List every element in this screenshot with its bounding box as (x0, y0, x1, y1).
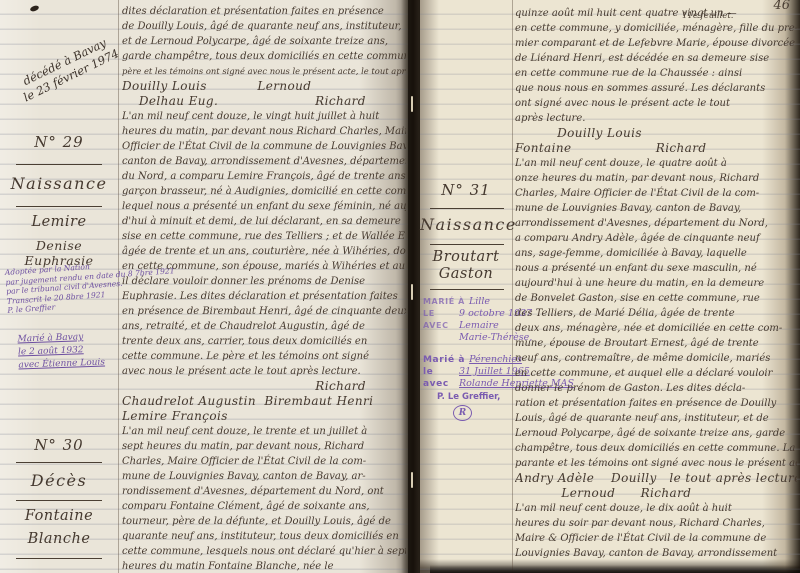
margin-rule (16, 206, 102, 207)
act-name-31-line2: Gaston (420, 266, 512, 282)
margin-rule (430, 208, 504, 209)
manuscript-line: Maire & Officier de l'État Civil de la c… (515, 531, 797, 546)
left-page-manuscript: dites déclaration et présentation faites… (122, 0, 406, 573)
stamp-label: LE (423, 308, 455, 320)
act-name-29-line1: Lemire (0, 214, 118, 230)
margin-rule (16, 462, 102, 463)
manuscript-line: Euphrasie. Les dites déclaration et prés… (122, 289, 406, 304)
register-page-left: décédé à Bavay le 23 février 1974 N° 29 … (0, 0, 408, 573)
manuscript-line: en cette commune rue de la Chaussée : ai… (515, 66, 797, 81)
stamp-value: Lemaire (459, 320, 499, 332)
manuscript-line: dites déclaration et présentation faites… (122, 4, 406, 19)
margin-rule (430, 289, 504, 290)
margin-rule (430, 244, 504, 245)
manuscript-line: deux ans, ménagère, née et domiciliée en… (515, 321, 797, 336)
manuscript-line: mune, épouse de Broutart Ernest, âgé de … (515, 336, 797, 351)
civil-register-scan: décédé à Bavay le 23 février 1974 N° 29 … (0, 0, 800, 573)
act-name-30-line1: Fontaine (0, 508, 118, 524)
manuscript-line: garde champêtre, tous deux domiciliés en… (122, 49, 406, 64)
manuscript-line: il déclare vouloir donner les prénoms de… (122, 274, 406, 289)
binding-stitch (411, 284, 413, 300)
manuscript-line: avec nous le présent acte le tout après … (122, 364, 406, 379)
left-margin-column: décédé à Bavay le 23 février 1974 N° 29 … (0, 0, 118, 573)
register-page-right: 11e feuillet. 46 N° 31 Naissance Broutar… (420, 0, 800, 573)
manuscript-line: quinze août mil huit cent quatre vingt u… (515, 6, 797, 21)
stamp-label: avec (423, 378, 455, 390)
margin-rule (16, 558, 102, 559)
manuscript-line: ans, sage-femme, domiciliée à Bavay, laq… (515, 246, 797, 261)
manuscript-line: père et les témoins ont signé avec nous … (122, 64, 406, 79)
margin-rule (16, 164, 102, 165)
manuscript-line: canton de Bavay, arrondissement d'Avesne… (122, 154, 406, 169)
marriage-annotation-bavay: Marié à Bavayle 2 août 1932avec Étienne … (17, 331, 105, 373)
manuscript-line: ont signé avec nous le présent acte le t… (515, 96, 797, 111)
manuscript-line: après lecture. (515, 111, 797, 126)
manuscript-line: aujourd'hui à une heure du matin, en la … (515, 276, 797, 291)
manuscript-line: neuf ans, contremaître, de même domicile… (515, 351, 797, 366)
act-number-30: N° 30 (0, 436, 118, 454)
manuscript-line: Louis, âgé de quarante neuf ans, institu… (515, 411, 797, 426)
manuscript-line: Delhau Eug. Richard (122, 94, 406, 109)
manuscript-line: arrondissement d'Avesnes, département du… (515, 216, 797, 231)
stamp-label: le (423, 366, 455, 378)
act-number-31: N° 31 (420, 181, 512, 199)
margin-rule-vertical-right (512, 0, 513, 573)
stamp-value: Lille (469, 296, 490, 308)
clerk-monogram: R (453, 405, 472, 421)
manuscript-line: Charles, Maire Officier de l'État Civil … (515, 186, 797, 201)
act-type-30: Décès (0, 471, 118, 490)
manuscript-line: ration et présentation faites en présenc… (515, 396, 797, 411)
stamp-value: Pérenchies (469, 354, 522, 366)
right-margin-column: N° 31 Naissance Broutart Gaston MARIÉ À … (420, 0, 512, 573)
stamp-label: MARIÉ À (423, 296, 465, 308)
manuscript-line: Douilly Louis (515, 126, 797, 141)
manuscript-line: Officier de l'État Civil de la commune d… (122, 139, 406, 154)
stamp-label: AVEC (423, 320, 455, 332)
margin-note-deceased: décédé à Bavay le 23 février 1974 (0, 26, 135, 113)
manuscript-line: heures du matin Fontaine Blanche, née le (122, 559, 406, 573)
manuscript-line: L'an mil neuf cent douze, le trente et u… (122, 424, 406, 439)
manuscript-line: mune de Louvignies Bavay, canton de Bava… (122, 469, 406, 484)
manuscript-line: lequel nous a présenté un enfant du sexe… (122, 199, 406, 214)
manuscript-line: champêtre, tous deux domiciliés en cette… (515, 441, 797, 456)
manuscript-line: comparu Fontaine Clément, âgé de soixant… (122, 499, 406, 514)
manuscript-line: Charles, Maire Officier de l'État Civil … (122, 454, 406, 469)
manuscript-line: des Telliers, de Marié Délia, âgée de tr… (515, 306, 797, 321)
manuscript-line: de Bonvelet Gaston, sise en cette commun… (515, 291, 797, 306)
manuscript-line: nous a présenté un enfant du sexe mascul… (515, 261, 797, 276)
manuscript-line: L'an mil neuf cent douze, le vingt huit … (122, 109, 406, 124)
act-type-31: Naissance (420, 215, 512, 234)
binding-stitch (411, 472, 413, 488)
manuscript-line: L'an mil neuf cent douze, le quatre août… (515, 156, 797, 171)
manuscript-line: parante et les témoins ont signé avec no… (515, 456, 797, 471)
manuscript-line: que nous nous en sommes assuré. Les décl… (515, 81, 797, 96)
manuscript-line: garçon brasseur, né à Audignies, domicil… (122, 184, 406, 199)
manuscript-line: tourneur, père de la défunte, et Douilly… (122, 514, 406, 529)
manuscript-line: mune de Louvignies Bavay, canton de Bava… (515, 201, 797, 216)
manuscript-line: a comparu Andry Adèle, âgée de cinquante… (515, 231, 797, 246)
stamp-label: Marié à (423, 354, 465, 366)
manuscript-line: de Douilly Louis, âgé de quarante neuf a… (122, 19, 406, 34)
manuscript-line: Lemire François (122, 409, 406, 424)
manuscript-line: Douilly Louis Lernoud (122, 79, 406, 94)
manuscript-line: en cette commune, y domiciliée, ménagère… (515, 21, 797, 36)
page-edge-shadow (430, 565, 800, 573)
manuscript-line: Andry Adèle Douilly le tout après lectur… (515, 471, 797, 486)
manuscript-line: onze heures du matin, par devant nous, R… (515, 171, 797, 186)
manuscript-line: Richard (122, 379, 406, 394)
manuscript-line: cette commune. Le père et les témoins on… (122, 349, 406, 364)
manuscript-line: cette commune, lesquels nous ont déclaré… (122, 544, 406, 559)
act-name-31-line1: Broutart (420, 249, 512, 265)
manuscript-line: sept heures du matin, par devant nous, R… (122, 439, 406, 454)
manuscript-line: L'an mil neuf cent douze, le dix août à … (515, 501, 797, 516)
manuscript-line: rondissement d'Avesnes, département du N… (122, 484, 406, 499)
manuscript-line: quarante neuf ans, instituteur, tous deu… (122, 529, 406, 544)
act-number-29: N° 29 (0, 133, 118, 151)
manuscript-line: Chaudrelot Augustin Birembaut Henri (122, 394, 406, 409)
manuscript-line: Fontaine Richard (515, 141, 797, 156)
manuscript-line: âgée de trente et un ans, couturière, né… (122, 244, 406, 259)
act-name-30-line2: Blanche (0, 531, 118, 547)
manuscript-line: ans, retraité, et de Chaudrelot Augustin… (122, 319, 406, 334)
manuscript-line: Lernoud Polycarpe, âgé de soixante treiz… (515, 426, 797, 441)
manuscript-line: sise en cette commune, rue des Telliers … (122, 229, 406, 244)
manuscript-line: Louvignies Bavay, canton de Bavay, arron… (515, 546, 797, 561)
manuscript-line: en cette commune, et auquel elle a décla… (515, 366, 797, 381)
manuscript-line: et de Lernoud Polycarpe, âgé de soixante… (122, 34, 406, 49)
manuscript-line: Lernoud Richard (515, 486, 797, 501)
margin-rule (16, 500, 102, 501)
manuscript-line: donner le prénom de Gaston. Les dites dé… (515, 381, 797, 396)
manuscript-line: heures du matin, par devant nous Richard… (122, 124, 406, 139)
manuscript-line: en présence de Birembaut Henri, âgé de c… (122, 304, 406, 319)
binding-stitch (411, 96, 413, 112)
manuscript-line: en cette commune, son épouse, mariés à W… (122, 259, 406, 274)
marriage-note-line: avec Étienne Louis (18, 356, 105, 372)
manuscript-line: d'hui à minuit et demi, de lui déclarant… (122, 214, 406, 229)
manuscript-line: trente deux ans, carrier, tous deux domi… (122, 334, 406, 349)
manuscript-line: mier comparant et de Lefebvre Marie, épo… (515, 36, 797, 51)
right-page-manuscript: quinze août mil huit cent quatre vingt u… (515, 0, 797, 561)
act-type-29: Naissance (0, 174, 118, 193)
manuscript-line: heures du soir par devant nous, Richard … (515, 516, 797, 531)
manuscript-line: de Liénard Henri, est décédée en sa deme… (515, 51, 797, 66)
manuscript-line: du Nord, a comparu Lemire François, âgé … (122, 169, 406, 184)
